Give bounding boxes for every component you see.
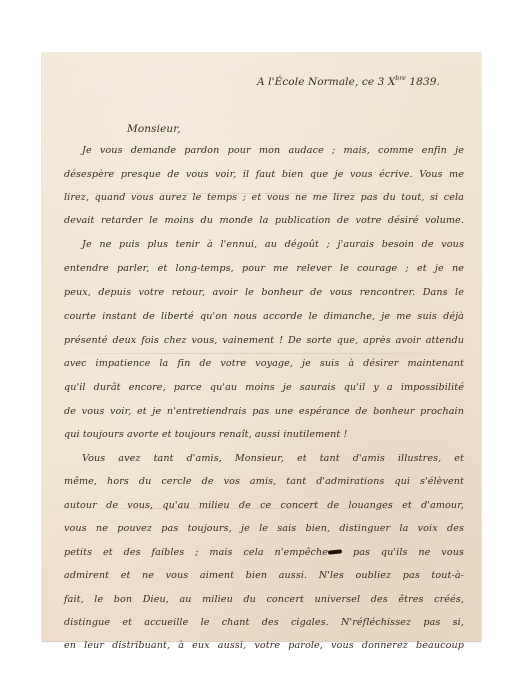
letter-line: lirez, quand vous aurez le temps ; et vo…	[64, 192, 464, 203]
letter-line: peux, depuis votre retour, avoir le bonh…	[64, 287, 464, 298]
letter-heading: A l'École Normale, ce 3 Xbre 1839.	[257, 75, 440, 88]
letter-line: Je ne puis plus tenir à l'ennui, au dégo…	[82, 239, 464, 250]
letter-line: Vous avez tant d'amis, Monsieur, et tant…	[82, 453, 464, 464]
letter-line: fait, le bon Dieu, au milieu du concert …	[64, 594, 464, 605]
line-text-before-blot: petits et des faibles ; mais cela n'empê…	[64, 547, 328, 558]
letter-line: qui toujours avorte et toujours renaît, …	[64, 429, 464, 440]
letter-line: vous ne pouvez pas toujours, je le sais …	[64, 523, 464, 534]
letter-line: devait retarder le moins du monde la pub…	[64, 215, 464, 226]
ink-blot-icon	[328, 549, 342, 554]
line-text-after-blot: pas qu'ils ne vous	[353, 547, 464, 558]
heading-month-sup: bre	[395, 75, 406, 82]
letter-line: même, hors du cercle de vos amis, tant d…	[64, 476, 464, 487]
letter-line-with-blot: petits et des faibles ; mais cela n'empê…	[64, 547, 464, 558]
letter-line: Je vous demande pardon pour mon audace ;…	[82, 145, 464, 156]
letter-line: présenté deux fois chez vous, vainement …	[64, 335, 464, 346]
letter-line: courte instant de liberté qu'on nous acc…	[64, 311, 464, 322]
letter-line: autour de vous, qu'au milieu de ce conce…	[64, 500, 464, 511]
letter-line-last: en leur distribuant, à eux aussi, votre …	[64, 640, 464, 651]
letter-line: qu'il durât encore, parce qu'au moins je…	[64, 382, 464, 393]
letter-line: entendre parler, et long-temps, pour me …	[64, 263, 464, 274]
letter-line: de vous voir, et je n'entretiendrais pas…	[64, 406, 464, 417]
letter-line: admirent et ne vous aiment bien aussi. N…	[64, 570, 464, 581]
heading-year: 1839.	[409, 76, 440, 88]
paper-fold-line	[42, 353, 481, 354]
letter-line: distingue et accueille le chant des ciga…	[64, 617, 464, 628]
letter-sheet: A l'École Normale, ce 3 Xbre 1839. Monsi…	[42, 53, 481, 641]
letter-salutation: Monsieur,	[127, 123, 181, 135]
letter-line: désespère presque de vous voir, il faut …	[64, 169, 464, 180]
heading-place: A l'École Normale, ce 3	[257, 76, 384, 88]
letter-line: avec impatience la fin de votre voyage, …	[64, 358, 464, 369]
